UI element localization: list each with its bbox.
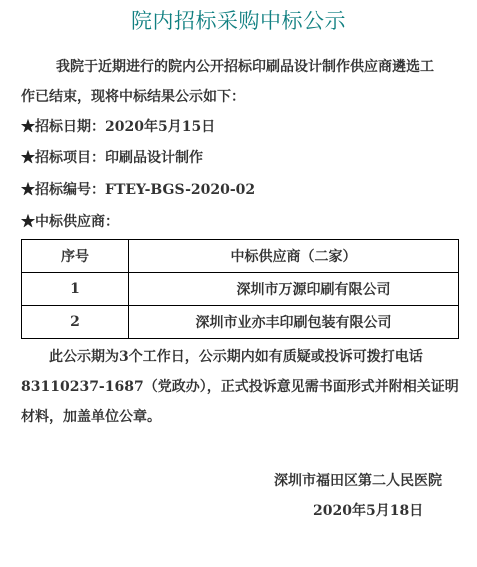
notice-line-2: 83110237-1687（党政办），正式投诉意见需书面形式并附相关证明 — [21, 376, 459, 396]
field-label: 招标编号： — [35, 182, 105, 198]
table-row: 2 深圳市业亦丰印刷包装有限公司 — [22, 306, 459, 339]
field-value: FTEY-BGS-2020-02 — [105, 182, 255, 198]
star-icon: ★ — [21, 182, 35, 198]
notice-line-3: 材料，加盖单位公章。 — [21, 406, 161, 426]
field-label: 招标项目： — [35, 150, 105, 166]
intro-line-1: 我院于近期进行的院内公开招标印刷品设计制作供应商遴选工 — [56, 56, 434, 76]
signature-date: 2020年5月18日 — [313, 500, 423, 520]
table-row: 1 深圳市万源印刷有限公司 — [22, 273, 459, 306]
row-index: 1 — [22, 273, 129, 306]
field-value: 印刷品设计制作 — [105, 150, 203, 166]
field-label: 中标供应商： — [35, 214, 119, 230]
winners-table: 序号 中标供应商（二家） 1 深圳市万源印刷有限公司 2 深圳市业亦丰印刷包装有… — [21, 239, 459, 339]
field-bid-project: ★招标项目：印刷品设计制作 — [21, 147, 203, 167]
table-header-row: 序号 中标供应商（二家） — [22, 240, 459, 273]
row-index: 2 — [22, 306, 129, 339]
intro-line-2: 作已结束，现将中标结果公示如下： — [21, 86, 245, 106]
star-icon: ★ — [21, 119, 35, 135]
star-icon: ★ — [21, 214, 35, 230]
field-bid-number: ★招标编号：FTEY-BGS-2020-02 — [21, 179, 255, 199]
signature-org: 深圳市福田区第二人民医院 — [274, 470, 442, 490]
field-bid-date: ★招标日期：2020年5月15日 — [21, 116, 215, 136]
page-title: 院内招标采购中标公示 — [0, 6, 477, 36]
notice-line-1: 此公示期为3个工作日，公示期内如有质疑或投诉可拨打电话 — [49, 346, 423, 366]
field-label: 招标日期： — [35, 119, 105, 135]
field-winning-suppliers: ★中标供应商： — [21, 211, 119, 231]
row-supplier: 深圳市万源印刷有限公司 — [129, 273, 459, 306]
header-supplier: 中标供应商（二家） — [129, 240, 459, 273]
star-icon: ★ — [21, 150, 35, 166]
field-value: 2020年5月15日 — [105, 119, 215, 135]
row-supplier: 深圳市业亦丰印刷包装有限公司 — [129, 306, 459, 339]
header-index: 序号 — [22, 240, 129, 273]
